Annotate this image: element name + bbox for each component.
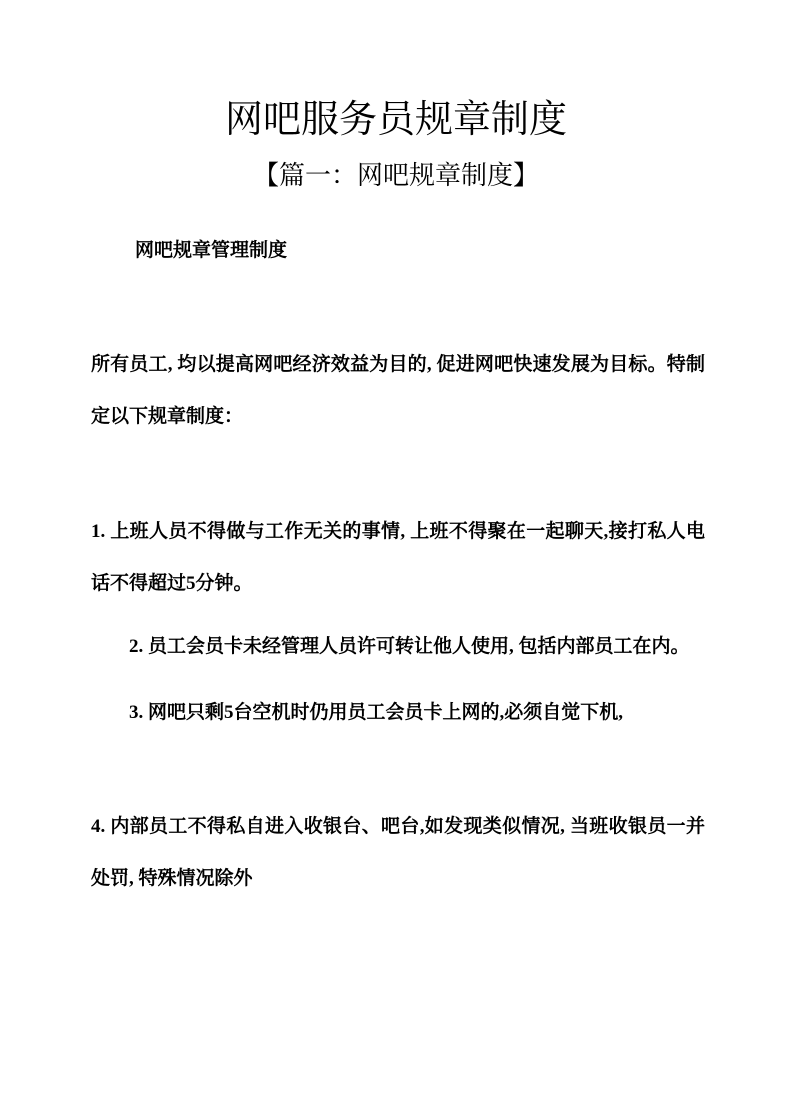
intro-paragraph: 所有员工, 均以提高网吧经济效益为目的, 促进网吧快速发展为目标。特制定以下规章… — [91, 339, 705, 443]
document-page: 网吧服务员规章制度 【篇一：网吧规章制度】 网吧规章管理制度 所有员工, 均以提… — [0, 0, 792, 1120]
rule-item-2: 2. 员工会员卡未经管理人员许可转让他人使用, 包括内部员工在内。 — [91, 621, 705, 673]
rule-item-1: 1. 上班人员不得做与工作无关的事情, 上班不得聚在一起聊天,接打私人电话不得超… — [91, 506, 705, 610]
document-subtitle: 【篇一：网吧规章制度】 — [0, 159, 792, 193]
section-heading: 网吧规章管理制度 — [135, 236, 287, 266]
rule-item-4: 4. 内部员工不得私自进入收银台、吧台,如发现类似情况, 当班收银员一并处罚, … — [91, 801, 705, 905]
rule-item-3: 3. 网吧只剩5台空机时仍用员工会员卡上网的,必须自觉下机, — [91, 687, 705, 739]
document-title: 网吧服务员规章制度 — [0, 97, 792, 143]
